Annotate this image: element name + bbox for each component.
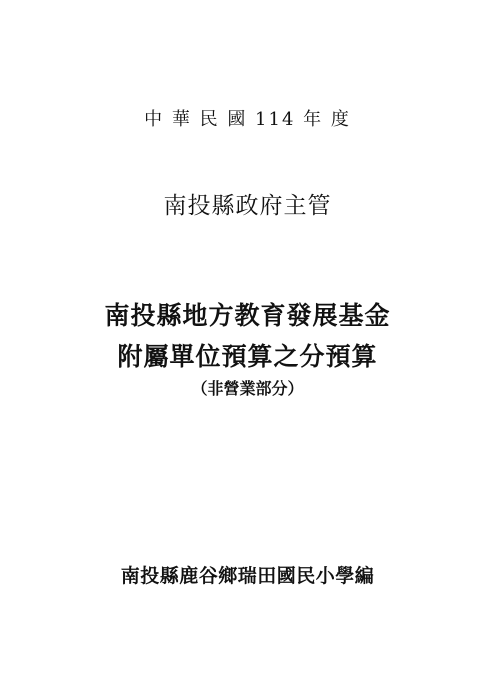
compiler-line: 南投縣鹿谷鄉瑞田國民小學編: [0, 566, 495, 588]
fund-title-line1: 南投縣地方教育發展基金: [0, 302, 495, 331]
year-line: 中 華 民 國 114 年 度: [0, 110, 495, 131]
document-cover-page: 中 華 民 國 114 年 度 南投縣政府主管 南投縣地方教育發展基金 附屬單位…: [0, 0, 495, 700]
subtitle-non-business: （非營業部分）: [0, 380, 495, 398]
authority-line: 南投縣政府主管: [0, 193, 495, 219]
fund-title-line2: 附屬單位預算之分預算: [0, 343, 495, 372]
